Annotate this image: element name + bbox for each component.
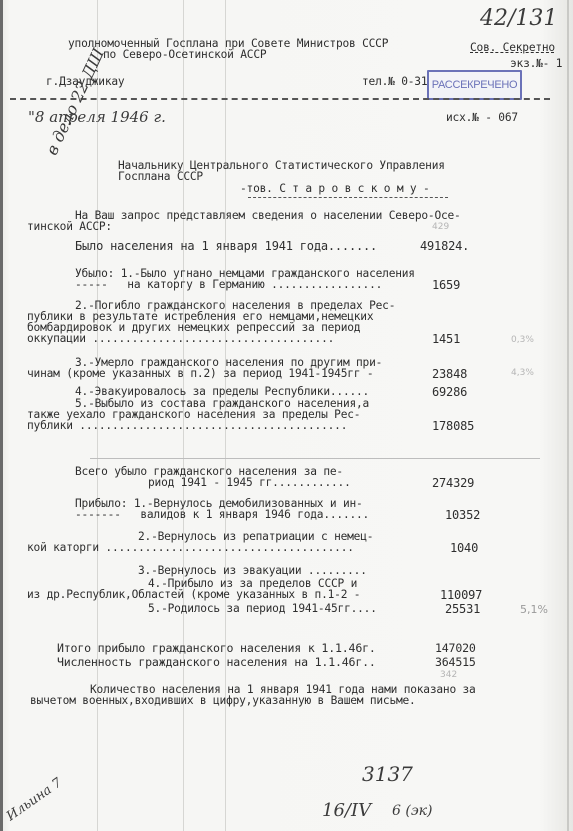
- addressee-name: -тов. С т а р о в с к о м у -: [240, 183, 430, 195]
- entry-text-line: из др.Республик,Областей (кроме указанны…: [27, 589, 360, 601]
- pencil-note: 342: [440, 670, 457, 680]
- org-line-2: по Северо-Осетинской АССР: [103, 49, 266, 61]
- resolution-note: в дело 22 ДШ: [42, 45, 108, 158]
- total-gain-label: Итого прибыло гражданского населения к 1…: [57, 642, 376, 654]
- archive-number: 42/131: [480, 6, 557, 31]
- entry-value: 110097: [440, 589, 482, 601]
- entry-text-line: 3.-Вернулось из эвакуации .........: [138, 565, 367, 577]
- entry-text-line: ----- на каторгу в Германию ............…: [75, 279, 382, 291]
- intro-line-2: тинской АССР:: [27, 221, 112, 233]
- letter-date: "8 апреля 1946 г.: [28, 108, 166, 126]
- registration-number: 3137: [362, 762, 413, 786]
- population-1946-value: 364515: [435, 656, 476, 668]
- entry-text-line: публики ................................…: [27, 420, 347, 432]
- scan-edge-right: [567, 0, 569, 831]
- copy-number: экз.№- 1: [510, 58, 562, 70]
- entry-value: 25531: [445, 603, 480, 615]
- note-line-2: вычетом военных,входивших в цифру,указан…: [30, 695, 416, 707]
- entry-value: 1659: [432, 279, 460, 291]
- declassified-stamp: РАССЕКРЕЧЕНО: [427, 70, 522, 100]
- entry-value: 69286: [432, 386, 467, 398]
- scan-edge: [0, 0, 3, 831]
- population-1941-value: 491824.: [420, 240, 469, 252]
- signature-note: Ильина 7: [4, 775, 65, 824]
- entry-text-line: кой каторги ............................…: [27, 542, 354, 554]
- entry-text-line: риод 1941 - 1945 гг............: [148, 477, 351, 489]
- entry-text-line: 5.-Родилось за период 1941-45гг....: [148, 603, 377, 615]
- document-page: уполномоченный Госплана при Совете Минис…: [0, 0, 573, 831]
- sheet-note: 6 (эк): [392, 803, 432, 819]
- outgoing-number: исх.№ - 067: [446, 112, 518, 124]
- intro-line-1: На Ваш запрос представляем сведения о на…: [75, 210, 461, 222]
- header-divider: [10, 98, 550, 100]
- section-divider: [90, 458, 540, 459]
- pencil-note: 429: [432, 222, 449, 232]
- population-1946-label: Численность гражданского населения на 1.…: [57, 656, 376, 668]
- addressee-underline: [248, 197, 448, 198]
- addressee-line-2: Госплана СССР: [118, 171, 203, 183]
- phone: тел.№ 0-31: [362, 76, 427, 88]
- population-1941-label: Было населения на 1 января 1941 года....…: [75, 240, 377, 252]
- classification-mark: Сов. Секретно: [470, 42, 555, 54]
- margin-percent: 4,3%: [511, 368, 534, 378]
- registration-date: 16/IV: [322, 800, 371, 821]
- entry-text-line: ------- валидов к 1 января 1946 года....…: [75, 509, 369, 521]
- entry-value: 274329: [432, 477, 474, 489]
- entry-text-line: чинам (кроме указанных в п.2) за период …: [27, 368, 373, 380]
- entry-text-line: оккупации ..............................…: [27, 333, 334, 345]
- total-gain-value: 147020: [435, 642, 476, 654]
- margin-percent: 5,1%: [520, 603, 548, 616]
- entry-value: 1451: [432, 333, 460, 345]
- entry-value: 23848: [432, 368, 467, 380]
- entry-value: 1040: [450, 542, 478, 554]
- entry-value: 178085: [432, 420, 474, 432]
- entry-value: 10352: [445, 509, 480, 521]
- margin-percent: 0,3%: [511, 335, 534, 345]
